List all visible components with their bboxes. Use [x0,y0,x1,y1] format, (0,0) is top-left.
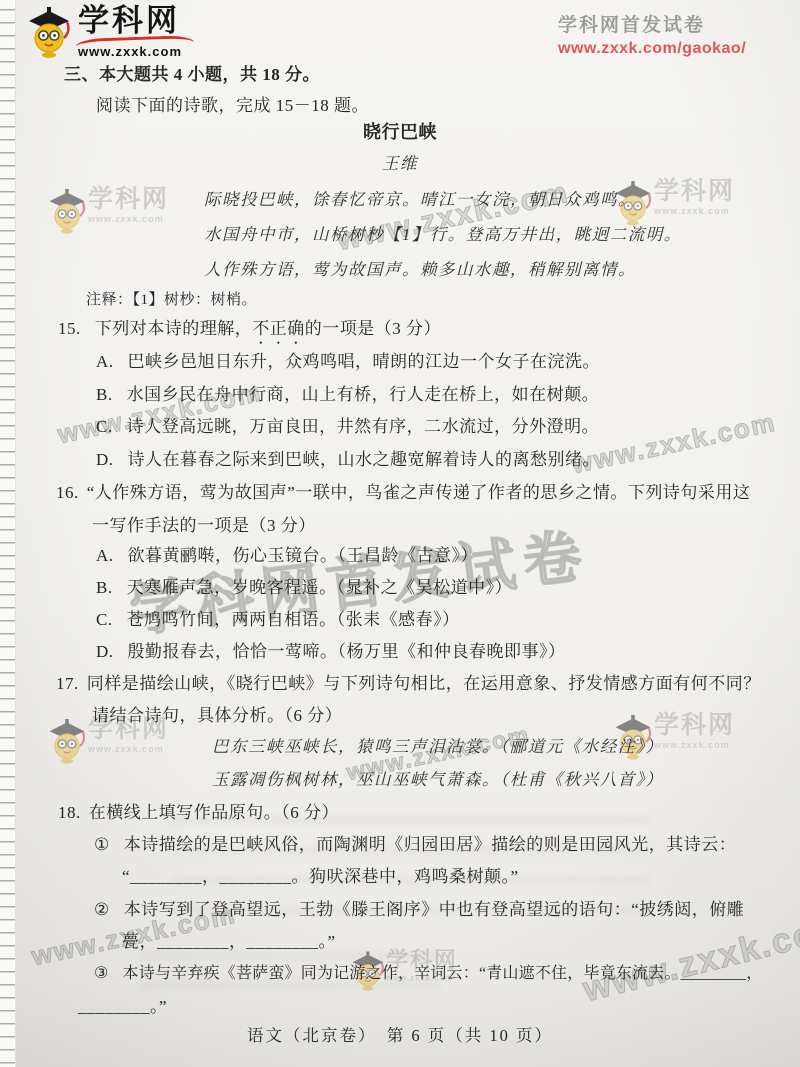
watermark-logo: 学科网 www.zxxk.com [46,186,169,234]
option-text: 巴峡乡邑旭日东升，众鸡鸣唱，晴朗的江边一个女子在浣洗。 [128,352,601,371]
release-url: www.zxxk.com/gaokao/ [558,40,746,58]
q15-option-d: D.诗人在暮春之际来到巴峡，山水之趣宽解着诗人的离愁别绪。 [96,445,600,470]
section-heading: 三、本大题共 4 小题，共 18 分。 [64,60,320,85]
option-label: A. [96,546,114,566]
option-text: 殷勤报春去，恰恰一莺啼。（杨万里《和仲良春晚即事》） [128,642,566,661]
watermark-logo-url: www.zxxk.com [654,206,735,216]
exam-page: 学科网首发试卷 学科网 www.zxxk.com 学科网 www.zxxk.co… [0,0,800,1067]
poem-title: 晓行巴峡 [0,118,800,144]
release-title: 学科网首发试卷 [558,10,746,37]
option-label: A. [96,352,114,372]
q18-item-3: ③本诗与辛弃疾《菩萨蛮》同为记游之作，辛词云：“青山遮不住，毕竟东流去。____… [94,960,762,983]
diagonal-watermark: www.zxxk.com [579,906,800,1011]
option-text: 水国乡民在舟中行商，山上有桥，行人走在桥上，如在树颠。 [127,385,600,404]
q15-option-c: C.诗人登高远眺，万亩良田，井然有序，二水流过，分外澄明。 [96,412,599,437]
question-17-stem: 17.同样是描绘山峡，《晓行巴峡》与下列诗句相比，在运用意象、抒发情感方面有何不… [56,669,761,694]
question-18-number: 18. [58,803,81,823]
mascot-icon [46,186,88,234]
question-16-stem: 16.“人作殊方语，莺为故国声”一联中，鸟雀之声传递了作者的思乡之情。下列诗句采… [56,478,750,503]
logo-text-block: 学科网 www.zxxk.com [78,4,182,59]
logo-title: 学科网 [78,4,182,38]
watermark-logo-url: www.zxxk.com [654,740,735,750]
option-label: C. [96,417,113,437]
item-number: ② [94,900,110,920]
watermark-logo-title: 学科网 [654,712,735,738]
option-text: 欲暮黄鹂啭，伤心玉镜台。（王昌龄《古意》） [128,546,479,565]
question-17-number: 17. [56,674,79,694]
diagonal-watermark: www.zxxk.com [569,407,779,481]
mascot-icon [46,716,88,764]
section-intro: 阅读下面的诗歌，完成 15－18 题。 [96,91,369,116]
watermark-logo-url: www.zxxk.com [88,214,169,224]
poem-line: 际晓投巴峡，馀春忆帝京。晴江一女浣，朝日众鸡鸣。 [204,186,636,210]
watermark-logo-textblock: 学科网 www.zxxk.com [88,186,169,224]
item-text: 本诗写到了登高望远，王勃《滕王阁序》中也有登高望远的语句：“披绣闼，俯雕 [124,900,745,919]
poem-footnote: 注释：【1】树杪：树梢。 [86,288,257,309]
question-16-number: 16. [56,483,79,503]
q17-quote: 巴东三峡巫峡长，猿鸣三声泪沾裳。（郦道元《水经注》） [212,733,664,757]
q16-stem-line2: 一写作手法的一项是（3 分） [92,511,316,536]
poem-line: 人作殊方语，莺为故国声。赖多山水趣，稍解别离情。 [204,256,636,280]
q16-option-b: B.天寒雁声急，岁晚客程遥。（晁补之《吴松道中》） [96,573,512,598]
q15-option-a: A.巴峡乡邑旭日东升，众鸡鸣唱，晴朗的江边一个女子在浣洗。 [96,347,600,372]
page-footer: 语文（北京卷） 第 6 页（共 10 页） [0,1022,800,1046]
q16-option-c: C.苍鸠鸣竹间，两两自相语。（张耒《感春》） [96,605,460,630]
option-label: B. [96,578,113,598]
q18-item-3-line2: ________。” [78,992,167,1017]
q16-stem-line1: “人作殊方语，莺为故国声”一联中，鸟雀之声传递了作者的思乡之情。下列诗句采用这 [87,483,751,502]
question-15-number: 15. [58,319,81,339]
option-label: C. [96,610,113,630]
q18-item-1-line2: “________，________。狗吠深巷中，鸡鸣桑树颠。” [122,862,519,887]
poem-line: 水国舟中市，山桥树杪【1】行。登高万井出，眺迥二流明。 [204,221,682,245]
q15-stem-prefix: 下列对本诗的理解， [95,319,253,338]
q15-stem-emphasis: 不正确 [252,319,305,338]
site-logo: 学科网 www.zxxk.com [24,4,182,59]
option-label: D. [96,450,114,470]
watermark-logo-title: 学科网 [654,178,735,204]
q15-option-b: B.水国乡民在舟中行商，山上有桥，行人走在桥上，如在树颠。 [96,380,599,405]
q16-option-a: A.欲暮黄鹂啭，伤心玉镜台。（王昌龄《古意》） [96,541,478,566]
question-18-stem: 18.在横线上填写作品原句。（6 分） [58,798,339,823]
poem-author: 王维 [0,150,800,174]
watermark-logo-url: www.zxxk.com [88,744,169,754]
item-number: ① [94,835,110,855]
q18-stem-text: 在横线上填写作品原句。（6 分） [89,803,339,822]
watermark-logo-textblock: 学科网 www.zxxk.com [654,178,735,216]
q17-stem-line1: 同样是描绘山峡，《晓行巴峡》与下列诗句相比，在运用意象、抒发情感方面有何不同？ [87,674,761,693]
q18-item-2-line2: 甍，________，________。” [122,927,336,952]
option-text: 诗人在暮春之际来到巴峡，山水之趣宽解着诗人的离愁别绪。 [128,450,601,469]
option-label: D. [96,642,114,662]
q18-item-1: ①本诗描绘的是巴峡风俗，而陶渊明《归园田居》描绘的则是田园风光，其诗云： [94,830,736,855]
watermark-logo-textblock: 学科网 www.zxxk.com [654,712,735,750]
q16-option-d: D.殷勤报春去，恰恰一莺啼。（杨万里《和仲良春晚即事》） [96,637,566,662]
item-text: 本诗与辛弃疾《菩萨蛮》同为记游之作，辛词云：“青山遮不住，毕竟东流去。_____… [123,965,763,982]
release-banner: 学科网首发试卷 www.zxxk.com/gaokao/ [558,10,746,58]
option-text: 诗人登高远眺，万亩良田，井然有序，二水流过，分外澄明。 [127,417,600,436]
option-text: 苍鸠鸣竹间，两两自相语。（张耒《感春》） [127,610,460,629]
watermark-logo-title: 学科网 [88,186,169,212]
item-number: ③ [94,963,109,983]
question-15-stem: 15.下列对本诗的理解，不正确的一项是（3 分） [58,314,441,348]
q17-stem-line2: 请结合诗句，具体分析。（6 分） [92,701,342,726]
scanned-page-edge [0,0,16,1067]
q15-stem-suffix: 的一项是（3 分） [305,319,441,338]
q18-item-2: ②本诗写到了登高望远，王勃《滕王阁序》中也有登高望远的语句：“披绣闼，俯雕 [94,895,744,920]
item-text: 本诗描绘的是巴峡风俗，而陶渊明《归园田居》描绘的则是田园风光，其诗云： [124,835,737,854]
option-label: B. [96,385,113,405]
option-text: 天寒雁声急，岁晚客程遥。（晁补之《吴松道中》） [127,578,513,597]
q17-quote: 玉露凋伤枫树林，巫山巫峡气萧森。（杜甫《秋兴八首》） [212,766,664,790]
mascot-icon [24,4,74,58]
